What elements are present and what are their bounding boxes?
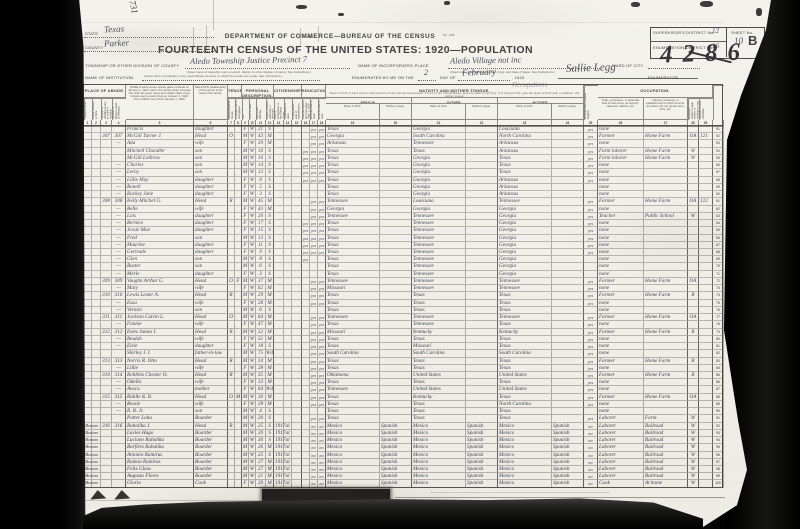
cell-t1: [228, 452, 235, 459]
cell-en: yes: [584, 292, 598, 299]
column-header-dw: Number of dwelling house in order of vis…: [101, 98, 112, 120]
cell-rel: wife: [194, 321, 228, 328]
cell-fs: [699, 227, 713, 234]
cell-fm: —: [112, 249, 126, 256]
cell-ind: [644, 227, 688, 234]
cell-t2: [235, 249, 242, 256]
cell-pm: Texas: [498, 292, 552, 299]
cell-c1: [274, 140, 284, 147]
cell-cl: W: [249, 242, 256, 249]
cell-ln: 80: [713, 336, 724, 343]
table-header: PLACE OF ABODE.TENURE.PERSONAL DESCRIPTI…: [83, 84, 723, 126]
cell-fm: —: [112, 191, 126, 198]
cell-name: Avaca: [126, 386, 194, 393]
state-label: STATE: [85, 31, 98, 36]
cell-pf: Tennessee: [412, 285, 466, 292]
cell-ln: 53: [713, 140, 724, 147]
cell-c1: 1917: [274, 444, 284, 451]
cell-pf: Tennessee: [412, 278, 466, 285]
cell-name: McGill Turner J.: [126, 133, 194, 140]
cell-t2: [235, 321, 242, 328]
cell-fm: 312: [112, 329, 126, 336]
cell-ms: S: [266, 213, 274, 220]
cell-sx: F: [242, 249, 249, 256]
cell-dw: [101, 480, 112, 487]
cell-ln: 55: [713, 155, 724, 162]
cell-c3: [292, 336, 302, 343]
cell-mf: [466, 329, 498, 336]
cell-pb: Texas: [326, 148, 380, 155]
cell-mf: Spanish: [466, 430, 498, 437]
cell-c2: [284, 285, 292, 292]
cell-fs: [699, 169, 713, 176]
cell-pm: Texas: [498, 365, 552, 372]
cell-cl: W: [249, 415, 256, 422]
cell-mf: [466, 162, 498, 169]
cell-hn: [92, 220, 101, 227]
cell-pm: North Carolina: [498, 401, 552, 408]
cell-ms: M: [266, 140, 274, 147]
cell-mf: [466, 415, 498, 422]
cell-pm: Texas: [498, 307, 552, 314]
cell-e1: [302, 401, 310, 408]
cell-hn: [92, 133, 101, 140]
cell-e1: [302, 300, 310, 307]
cell-c3: [292, 191, 302, 198]
cell-cl: W: [249, 213, 256, 220]
cell-mm: [552, 206, 584, 213]
cell-oc: Farmer: [598, 278, 644, 285]
cell-t2: [235, 292, 242, 299]
cell-st: [84, 235, 92, 242]
cell-e3: no: [318, 444, 326, 451]
cell-sx: F: [242, 343, 249, 350]
cell-oc: none: [598, 162, 644, 169]
cell-name: Riddle R. B.: [126, 394, 194, 401]
column-header-t2: If owned, free or mortgaged.: [235, 98, 242, 120]
cell-cl: W: [249, 321, 256, 328]
cell-mm: [552, 321, 584, 328]
cell-rel: wife: [194, 401, 228, 408]
cell-fs: [699, 155, 713, 162]
cell-pf: Tennessee: [412, 227, 466, 234]
cell-c2: [284, 350, 292, 357]
cell-rel: Head: [194, 423, 228, 430]
cell-rel: son: [194, 235, 228, 242]
cell-rel: son: [194, 162, 228, 169]
cell-fm: [112, 459, 126, 466]
cell-ag: 20: [256, 415, 266, 422]
cell-mm: [552, 256, 584, 263]
cell-oc: none: [598, 220, 644, 227]
cell-e1: [302, 343, 310, 350]
cell-mt: [380, 133, 412, 140]
cell-c3: [292, 430, 302, 437]
cell-ind: [644, 307, 688, 314]
cell-t1: [228, 379, 235, 386]
cell-fs: [699, 307, 713, 314]
cell-c2: al: [284, 437, 292, 444]
cell-ms: M: [266, 198, 274, 205]
cell-t2: [235, 177, 242, 184]
cell-em: W: [688, 480, 699, 487]
cell-mf: Spanish: [466, 459, 498, 466]
cell-ln: 65: [713, 227, 724, 234]
cell-en: yes: [584, 155, 598, 162]
column-header-ln: [713, 85, 724, 120]
bottom-mark-triangle: [114, 489, 131, 499]
cell-hn: [92, 430, 101, 437]
cell-e2: no: [310, 430, 318, 437]
cell-sx: F: [242, 285, 249, 292]
cell-e3: yes: [318, 329, 326, 336]
cell-e1: [302, 358, 310, 365]
cell-pb: Texas: [326, 365, 380, 372]
cell-pm: Tennessee: [498, 198, 552, 205]
cell-e2: no: [310, 473, 318, 480]
cell-mf: [466, 256, 498, 263]
cell-em: [688, 263, 699, 270]
column-header-e1: Attended school any time since Sept. 1, …: [302, 98, 310, 120]
supervisors-district-label: SUPERVISOR'S DISTRICT No.: [653, 30, 714, 35]
cell-hn: [92, 184, 101, 191]
cell-dw: [101, 184, 112, 191]
cell-rel: wife: [194, 336, 228, 343]
cell-sx: F: [242, 271, 249, 278]
cell-ag: 13: [256, 235, 266, 242]
cell-oc: Farm laborer: [598, 148, 644, 155]
cell-pb: Tennessee: [326, 386, 380, 393]
cell-ag: 21: [256, 473, 266, 480]
incorporated-label: NAME OF INCORPORATED PLACE: [358, 63, 429, 68]
cell-pb: Texas: [326, 394, 380, 401]
cell-en: no: [584, 437, 598, 444]
column-group-citizenship-: CITIZENSHIP.: [274, 85, 302, 98]
cell-pm: Texas: [498, 300, 552, 307]
cell-t2: [235, 423, 242, 430]
cell-e3: yes: [318, 133, 326, 140]
cell-oc: Cook: [598, 480, 644, 487]
cell-ms: M: [266, 329, 274, 336]
cell-fs: [699, 372, 713, 379]
cell-e3: no: [318, 480, 326, 487]
cell-pm: Georgia: [498, 227, 552, 234]
cell-e1: [302, 415, 310, 422]
cell-pm: South Carolina: [498, 350, 552, 357]
cell-c3: [292, 423, 302, 430]
cell-mm: [552, 307, 584, 314]
cell-ind: Home Farm: [644, 155, 688, 162]
cell-e1: yes: [302, 235, 310, 242]
cell-e1: [302, 285, 310, 292]
cell-mt: [380, 256, 412, 263]
cell-e1: yes: [302, 148, 310, 155]
cell-t1: [228, 300, 235, 307]
cell-e2: no: [310, 452, 318, 459]
cell-em: OA: [688, 278, 699, 285]
cell-ln: 87: [713, 386, 724, 393]
cell-ind: Public School: [644, 213, 688, 220]
cell-em: [688, 235, 699, 242]
cell-en: yes: [584, 372, 598, 379]
cell-e2: yes: [310, 249, 318, 256]
cell-c1: 1917: [274, 473, 284, 480]
cell-cl: W: [249, 278, 256, 285]
cell-hn: [92, 321, 101, 328]
cell-hn: [92, 350, 101, 357]
cell-rel: wife: [194, 365, 228, 372]
cell-dw: 307: [101, 133, 112, 140]
cell-hn: [92, 372, 101, 379]
cell-c2: [284, 292, 292, 299]
cell-pb: Tennessee: [326, 278, 380, 285]
cell-oc: none: [598, 227, 644, 234]
cell-ind: [644, 300, 688, 307]
cell-e1: [302, 292, 310, 299]
cell-pf: Texas: [412, 365, 466, 372]
cell-pm: Texas: [498, 379, 552, 386]
cell-em: W: [688, 213, 699, 220]
cell-st: [84, 162, 92, 169]
cell-e2: yes: [310, 379, 318, 386]
cell-dw: [101, 140, 112, 147]
cell-fs: [699, 437, 713, 444]
column-header-st: Name of street.: [84, 98, 92, 120]
cell-e2: no: [310, 459, 318, 466]
cell-fm: —: [112, 271, 126, 278]
cell-t2: [235, 365, 242, 372]
cell-hn: [92, 466, 101, 473]
form-code-right: 51—278: [443, 33, 454, 37]
cell-c3: [292, 452, 302, 459]
cell-e1: [302, 213, 310, 220]
cell-st: [84, 365, 92, 372]
cell-st: Mexican: [84, 466, 92, 473]
cell-st: [84, 126, 92, 133]
cell-c3: [292, 314, 302, 321]
cell-hn: [92, 379, 101, 386]
cell-e2: yes: [310, 206, 318, 213]
cell-sx: F: [242, 336, 249, 343]
cell-mt: [380, 271, 412, 278]
cell-cl: W: [249, 423, 256, 430]
cell-ind: Railroad: [644, 452, 688, 459]
cell-fs: [699, 459, 713, 466]
cell-cl: W: [249, 459, 256, 466]
cell-pm: Texas: [498, 155, 552, 162]
cell-st: [84, 155, 92, 162]
cell-t1: [228, 401, 235, 408]
cell-en: yes: [584, 133, 598, 140]
cell-mf: Spanish: [466, 473, 498, 480]
cell-em: [688, 336, 699, 343]
institution-label: NAME OF INSTITUTION: [85, 75, 133, 80]
cell-rel: mother: [194, 386, 228, 393]
cell-mt: [380, 169, 412, 176]
cell-sx: M: [242, 235, 249, 242]
cell-ag: 14: [256, 162, 266, 169]
cell-e2: yes: [310, 292, 318, 299]
cell-c3: [292, 213, 302, 220]
cell-cl: W: [249, 235, 256, 242]
cell-pb: Tennessee: [326, 198, 380, 205]
cell-ln: 67: [713, 242, 724, 249]
cell-oc: Farm laborer: [598, 155, 644, 162]
cell-name: Shirley J. I.: [126, 350, 194, 357]
cell-ind: Home Farm: [644, 133, 688, 140]
cell-sx: F: [242, 184, 249, 191]
cell-e3: yes: [318, 300, 326, 307]
cell-e1: yes: [302, 177, 310, 184]
cell-ind: [644, 220, 688, 227]
cell-mm: Spanish: [552, 444, 584, 451]
cell-c2: [284, 191, 292, 198]
cell-c2: [284, 358, 292, 365]
cell-en: yes: [584, 126, 598, 133]
agency-line: DEPARTMENT OF COMMERCE—BUREAU OF THE CEN…: [210, 33, 450, 40]
cell-e3: yes: [318, 198, 326, 205]
cell-dw: [101, 235, 112, 242]
cell-c1: [274, 213, 284, 220]
cell-oc: Farmer: [598, 372, 644, 379]
cell-pf: Georgia: [412, 169, 466, 176]
cell-c3: [292, 177, 302, 184]
cell-cl: W: [249, 162, 256, 169]
cell-c1: [274, 300, 284, 307]
cell-pb: Georgia: [326, 206, 380, 213]
cell-ind: [644, 177, 688, 184]
cell-hn: [92, 198, 101, 205]
cell-fm: —: [112, 169, 126, 176]
incorporated-value: Aledo Village not inc: [450, 54, 522, 65]
cell-pf: Georgia: [412, 191, 466, 198]
cell-ind: Home Farm: [644, 148, 688, 155]
cell-mf: Spanish: [466, 437, 498, 444]
cell-t2: [235, 300, 242, 307]
cell-sx: M: [242, 169, 249, 176]
cell-t1: O: [228, 133, 235, 140]
cell-sx: F: [242, 321, 249, 328]
cell-pb: Texas: [326, 227, 380, 234]
cell-pb: Texas: [326, 177, 380, 184]
cell-fm: —: [112, 379, 126, 386]
column-header-t1: Home owned or rented.: [228, 98, 235, 120]
column-header-ag: Age at last birthday.: [256, 98, 266, 120]
cell-pm: Arkansas: [498, 140, 552, 147]
cell-dw: [101, 401, 112, 408]
cell-ms: M: [266, 401, 274, 408]
cell-st: [84, 263, 92, 270]
cell-ag: 64: [256, 386, 266, 393]
cell-e2: yes: [310, 198, 318, 205]
cell-t1: [228, 155, 235, 162]
cell-c1: [274, 263, 284, 270]
cell-sx: F: [242, 227, 249, 234]
cell-rel: wife: [194, 379, 228, 386]
cell-st: [84, 256, 92, 263]
cell-pm: Texas: [498, 162, 552, 169]
cell-e3: yes: [318, 169, 326, 176]
cell-en: yes: [584, 162, 598, 169]
cell-ms: S: [266, 177, 274, 184]
cell-mt: [380, 162, 412, 169]
cell-e3: yes: [318, 242, 326, 249]
cell-hn: [92, 459, 101, 466]
cell-t1: [228, 162, 235, 169]
cell-fs: [699, 430, 713, 437]
cell-c1: [274, 292, 284, 299]
cell-dw: 314: [101, 372, 112, 379]
cell-fs: [699, 249, 713, 256]
cell-mt: Spanish: [380, 480, 412, 487]
cell-fs: [699, 177, 713, 184]
cell-rel: daughter: [194, 191, 228, 198]
cell-pf: Mexico: [412, 473, 466, 480]
cell-dw: [101, 307, 112, 314]
cell-oc: none: [598, 206, 644, 213]
cell-em: OA: [688, 314, 699, 321]
cell-t1: [228, 227, 235, 234]
cell-rel: daughter: [194, 242, 228, 249]
cell-pm: Mexico: [498, 430, 552, 437]
column-header-en: Whether able to speak English.: [584, 85, 598, 120]
cell-mm: [552, 169, 584, 176]
cell-name: Rockey Jane: [126, 191, 194, 198]
cell-mt: [380, 343, 412, 350]
cell-c2: [284, 314, 292, 321]
column-header-ind: Industry, business, or establishment in …: [644, 98, 688, 120]
cell-fm: —: [112, 242, 126, 249]
cell-name: Norris R. Otto: [126, 358, 194, 365]
cell-c2: [284, 256, 292, 263]
cell-pf: Kentucky: [412, 329, 466, 336]
cell-c1: 1917: [274, 466, 284, 473]
cell-ms: S: [266, 227, 274, 234]
cell-oc: Laborer: [598, 423, 644, 430]
cell-ind: Railroad: [644, 437, 688, 444]
cell-fm: —: [112, 321, 126, 328]
cell-e3: [318, 271, 326, 278]
cell-pb: Mexico: [326, 473, 380, 480]
cell-t2: [235, 191, 242, 198]
cell-sx: F: [242, 365, 249, 372]
cell-fm: —: [112, 184, 126, 191]
cell-pb: Texas: [326, 191, 380, 198]
cell-oc: Laborer: [598, 452, 644, 459]
cell-sx: M: [242, 473, 249, 480]
cell-e3: yes: [318, 213, 326, 220]
cell-ln: 71: [713, 271, 724, 278]
cell-name: Kelly Mitchel G.: [126, 198, 194, 205]
cell-pm: Georgia: [498, 242, 552, 249]
cell-name: Jackson Calvin L.: [126, 314, 194, 321]
ward-label: WARD OF CITY: [612, 63, 643, 68]
cell-fm: —: [112, 300, 126, 307]
cell-name: Vaughn Arthur G.: [126, 278, 194, 285]
cell-e2: yes: [310, 133, 318, 140]
cell-fs: [699, 408, 713, 415]
cell-hn: [92, 423, 101, 430]
cell-hn: [92, 278, 101, 285]
cell-fs: [699, 473, 713, 480]
cell-st: [84, 213, 92, 220]
cell-oc: none: [598, 401, 644, 408]
cell-rel: Boarder: [194, 452, 228, 459]
cell-pf: Tennessee: [412, 220, 466, 227]
cell-t2: [235, 379, 242, 386]
cell-pm: Tennessee: [498, 278, 552, 285]
cell-ms: M: [266, 292, 274, 299]
